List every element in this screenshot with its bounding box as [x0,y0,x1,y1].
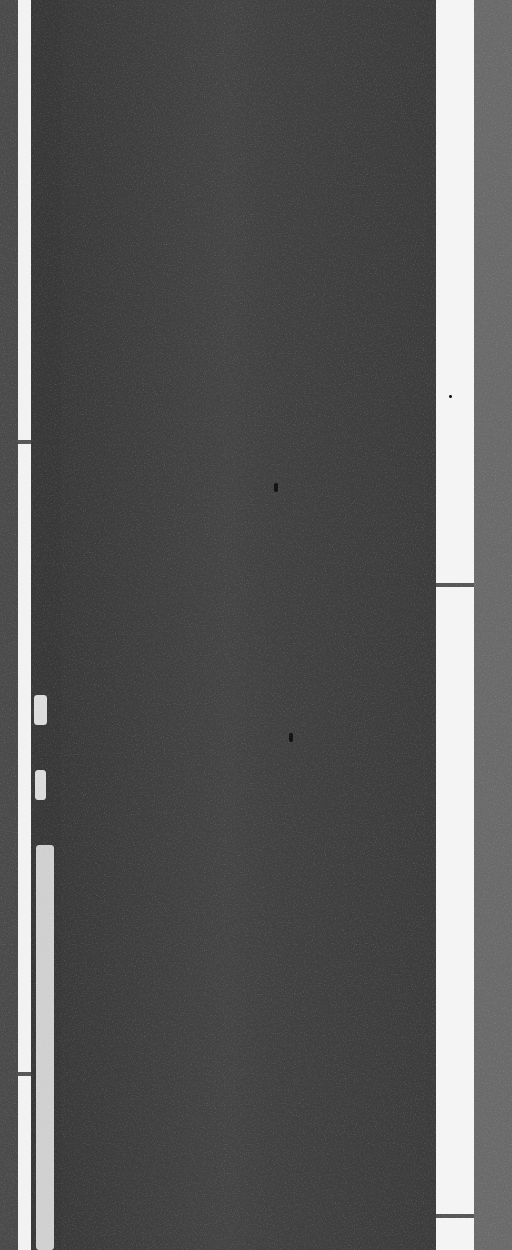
worn-marking-strip [36,845,54,1250]
marking-seam [18,440,31,444]
road-spot [289,733,293,742]
road-spot [449,395,452,398]
worn-marking-patch [35,770,46,800]
marking-seam [436,1214,474,1218]
left-shoulder [0,0,18,1250]
road-spot [274,483,278,492]
right-lane-marking [436,0,474,1250]
left-lane-marking [18,0,31,1250]
marking-seam [436,583,474,587]
asphalt-road [61,0,436,1250]
worn-marking-patch [34,695,47,725]
marking-seam [18,1072,31,1076]
right-shoulder [474,0,512,1250]
